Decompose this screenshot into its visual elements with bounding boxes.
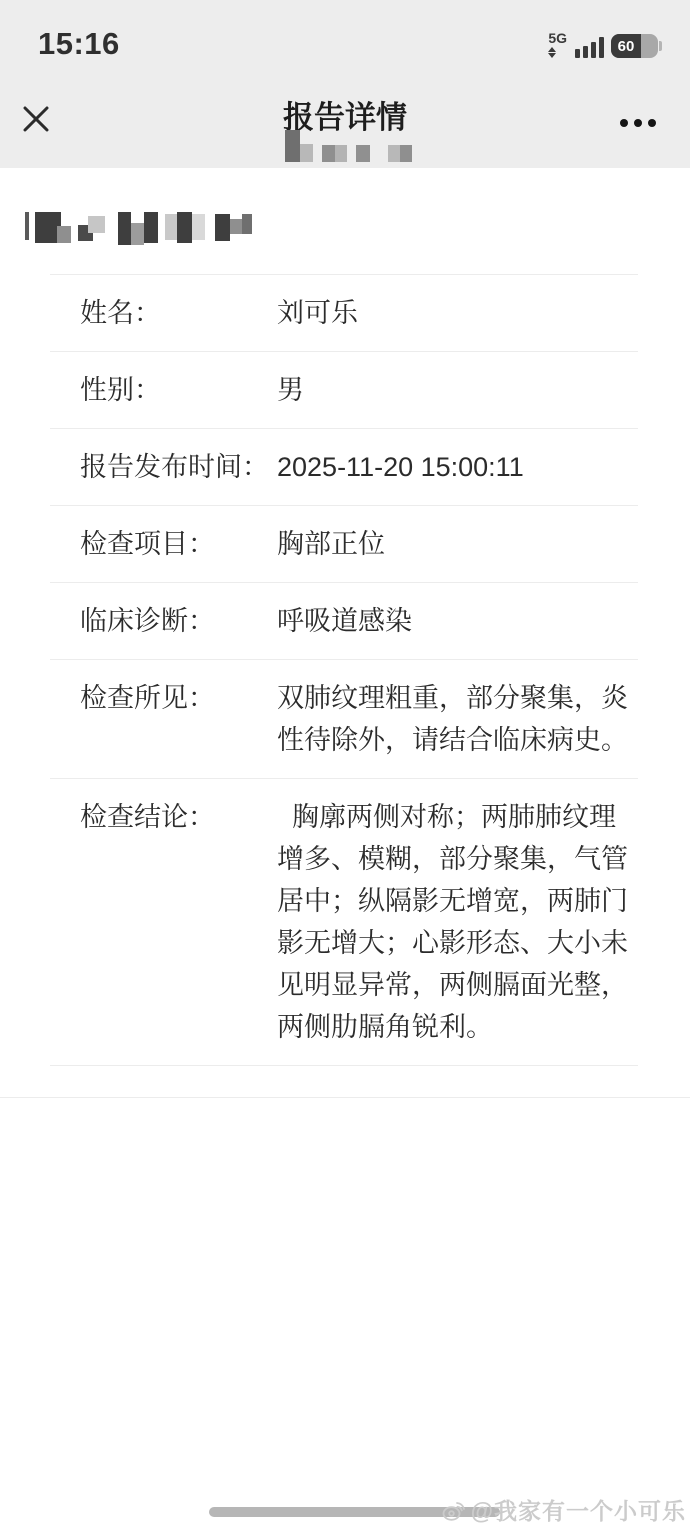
field-label: 临床诊断： bbox=[50, 600, 277, 642]
battery-icon: 60 bbox=[611, 34, 662, 58]
table-row: 临床诊断： 呼吸道感染 bbox=[50, 583, 638, 660]
status-and-nav-bar: 15:16 5G 60 bbox=[0, 0, 690, 168]
table-row: 姓名： 刘可乐 bbox=[50, 275, 638, 352]
report-fields-table: 姓名： 刘可乐 性别： 男 报告发布时间： 2025-11-20 15:00:1… bbox=[50, 274, 638, 1066]
table-row: 检查项目： 胸部正位 bbox=[50, 506, 638, 583]
redacted-source-name-mosaic bbox=[285, 130, 415, 163]
network-type-label: 5G bbox=[548, 32, 567, 45]
table-row: 检查结论： 胸廓两侧对称；两肺肺纹理增多、模糊，部分聚集，气管居中；纵隔影无增宽… bbox=[50, 779, 638, 1066]
field-value: 2025-11-20 15:00:11 bbox=[277, 446, 638, 488]
field-label: 检查项目： bbox=[50, 523, 277, 565]
field-value: 刘可乐 bbox=[277, 292, 638, 334]
field-value: 胸部正位 bbox=[277, 523, 638, 565]
table-row: 检查所见： 双肺纹理粗重，部分聚集，炎性待除外，请结合临床病史。 bbox=[50, 660, 638, 779]
more-options-button[interactable] bbox=[620, 116, 660, 130]
report-detail-page: 15:16 5G 60 bbox=[0, 0, 690, 1533]
network-type-indicator: 5G bbox=[548, 32, 567, 58]
redacted-hospital-name-mosaic bbox=[25, 206, 250, 248]
section-divider bbox=[0, 1097, 690, 1098]
signal-strength-icon bbox=[575, 36, 604, 58]
more-options-icon bbox=[620, 119, 628, 127]
weibo-icon bbox=[440, 1496, 468, 1524]
field-value: 呼吸道感染 bbox=[277, 600, 638, 642]
battery-level-text: 60 bbox=[611, 34, 641, 58]
table-row: 性别： 男 bbox=[50, 352, 638, 429]
field-value: 双肺纹理粗重，部分聚集，炎性待除外，请结合临床病史。 bbox=[277, 677, 638, 761]
field-value: 男 bbox=[277, 369, 638, 411]
field-label: 性别： bbox=[50, 369, 277, 411]
table-row: 报告发布时间： 2025-11-20 15:00:11 bbox=[50, 429, 638, 506]
field-label: 报告发布时间： bbox=[50, 446, 277, 488]
field-value: 胸廓两侧对称；两肺肺纹理增多、模糊，部分聚集，气管居中；纵隔影无增宽，两肺门影无… bbox=[277, 796, 638, 1048]
data-transfer-arrows-icon bbox=[548, 47, 556, 58]
watermark-text: @我家有一个小可乐 bbox=[471, 1493, 686, 1526]
clock-text: 15:16 bbox=[38, 26, 120, 62]
watermark: @我家有一个小可乐 bbox=[440, 1493, 686, 1526]
field-label: 检查所见： bbox=[50, 677, 277, 761]
field-label: 检查结论： bbox=[50, 796, 277, 1048]
status-icons: 5G 60 bbox=[548, 30, 662, 58]
field-label: 姓名： bbox=[50, 292, 277, 334]
